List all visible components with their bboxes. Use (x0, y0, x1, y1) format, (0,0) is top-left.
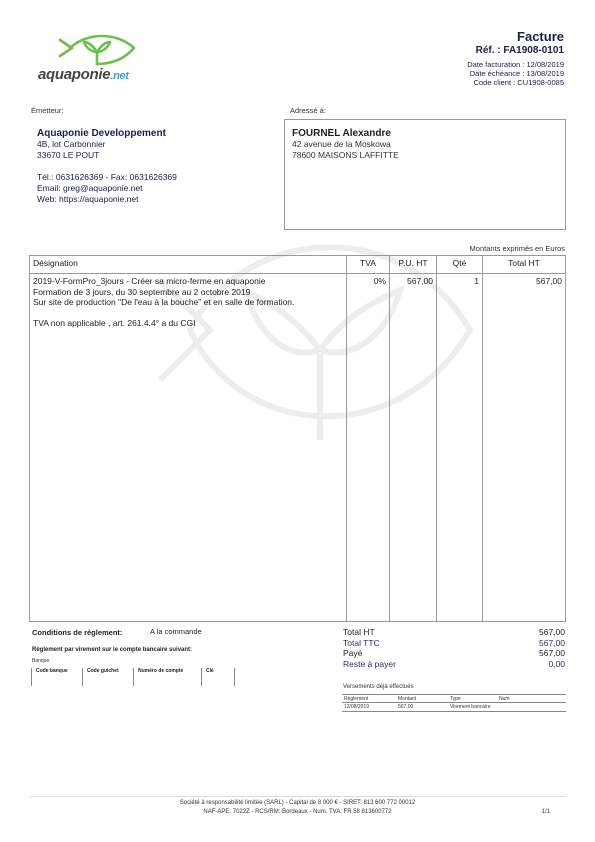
emitter-label: Émetteur: (31, 106, 64, 115)
paid-value: 567,00 (539, 648, 565, 659)
bank-details-table: Code banque Code guichet Numéro de compt… (31, 668, 235, 686)
logo-wordmark: aquaponie.net (38, 66, 129, 83)
payment-conditions-value: A la commande (150, 627, 202, 636)
bank-transfer-label: Règlement par virement sur le compte ban… (32, 647, 192, 653)
recipient-label: Adressé à: (290, 106, 326, 115)
line-vat-note: TVA non applicable , art. 261.4.4° a du … (33, 318, 343, 329)
total-ht-label: Total HT (343, 627, 375, 638)
client-code: Code client : CU1908-0085 (467, 78, 564, 87)
remaining-row: Reste à payer 0,00 (343, 659, 565, 670)
payment-date-header: Règlement (342, 695, 396, 703)
recipient-address-2: 78600 MAISONS LAFFITTE (292, 150, 565, 161)
invoice-date: Date facturation : 12/08/2019 (467, 60, 564, 69)
column-header-total-ht: Total HT (483, 256, 566, 274)
footer-legal-line-1: Société à responsabilité limitée (SARL) … (0, 800, 595, 806)
table-header-row: Désignation TVA P.U. HT Qté Total HT (30, 256, 566, 274)
line-detail-2: Sur site de production "De l'eau à la bo… (33, 297, 343, 308)
column-header-tva: TVA (347, 256, 390, 274)
due-date: Date échéance : 13/08/2019 (467, 69, 564, 78)
account-number-header: Numéro de compte (133, 668, 201, 686)
column-header-unit-price: P.U. HT (390, 256, 437, 274)
total-ttc-label: Total TTC (343, 638, 380, 649)
remaining-value: 0,00 (548, 659, 565, 670)
total-ht-value: 567,00 (539, 627, 565, 638)
table-row: 2019-V-FormPro_3jours - Créer sa micro-f… (30, 274, 566, 622)
line-designation: 2019-V-FormPro_3jours - Créer sa micro-f… (30, 274, 347, 622)
page-number: 1/1 (542, 809, 550, 815)
payment-num-header: Num (497, 695, 566, 703)
emitter-email: Email: greg@aquaponie.net (37, 183, 274, 194)
footer-divider (29, 796, 566, 797)
recipient-name: FOURNEL Alexandre (292, 128, 565, 139)
payment-type: Virement bancaire (448, 703, 566, 712)
invoice-reference: Réf. : FA1908-0101 (467, 45, 564, 56)
total-ttc-value: 567,00 (539, 638, 565, 649)
totals-block: Total HT 567,00 Total TTC 567,00 Payé 56… (343, 627, 565, 669)
total-ttc-row: Total TTC 567,00 (343, 638, 565, 649)
payment-amount: 567,00 (396, 703, 448, 712)
key-header: Clé (201, 668, 235, 686)
line-unit-price: 567,00 (390, 274, 437, 622)
emitter-website: Web: https://aquaponie.net (37, 194, 274, 205)
line-tva: 0% (347, 274, 390, 622)
emitter-address-2: 33670 LE POUT (37, 150, 274, 161)
table-row: 12/08/2019 567,00 Virement bancaire (342, 703, 566, 712)
payments-made-table: Règlement Montant Type Num 12/08/2019 56… (342, 694, 566, 712)
paid-row: Payé 567,00 (343, 648, 565, 659)
emitter-name: Aquaponie Developpement (37, 128, 274, 139)
total-ht-row: Total HT 567,00 (343, 627, 565, 638)
payments-header-row: Règlement Montant Type Num (342, 695, 566, 703)
payment-type-header: Type (448, 695, 497, 703)
bank-label: Banque: (32, 658, 51, 664)
emitter-phone-fax: Tél.: 0631626369 - Fax: 0631626369 (37, 172, 274, 183)
column-header-designation: Désignation (30, 256, 347, 274)
line-detail-1: Formation de 3 jours, du 30 septembre au… (33, 287, 343, 298)
logo-wordmark-name: aquaponie (38, 66, 110, 83)
line-quantity: 1 (437, 274, 483, 622)
bank-code-header: Code banque (31, 668, 82, 686)
recipient-box: FOURNEL Alexandre 42 avenue de la Moskow… (284, 119, 566, 230)
emitter-address-1: 4B, lot Carbonnier (37, 139, 274, 150)
branch-code-header: Code guichet (82, 668, 133, 686)
payments-made-title: Versements déjà effectués (343, 684, 414, 690)
invoice-lines-table: Désignation TVA P.U. HT Qté Total HT 201… (29, 255, 566, 622)
recipient-address-1: 42 avenue de la Moskowa (292, 139, 565, 150)
payment-conditions-label: Conditions de règlement: (32, 628, 122, 637)
footer-legal-line-2: NAF-APE: 7022Z - RCS/RM: Bordeaux - Num.… (0, 809, 595, 815)
payment-date: 12/08/2019 (342, 703, 396, 712)
payment-amount-header: Montant (396, 695, 448, 703)
line-title: 2019-V-FormPro_3jours - Créer sa micro-f… (33, 276, 343, 287)
currency-note: Montants exprimés en Euros (470, 244, 565, 253)
invoice-header: Facture Réf. : FA1908-0101 Date facturat… (467, 29, 564, 87)
logo-wordmark-tld: .net (110, 70, 128, 82)
document-title: Facture (467, 29, 564, 44)
emitter-box: Aquaponie Developpement 4B, lot Carbonni… (30, 120, 274, 220)
paid-label: Payé (343, 648, 362, 659)
remaining-label: Reste à payer (343, 659, 396, 670)
column-header-quantity: Qté (437, 256, 483, 274)
line-total-ht: 567,00 (483, 274, 566, 622)
